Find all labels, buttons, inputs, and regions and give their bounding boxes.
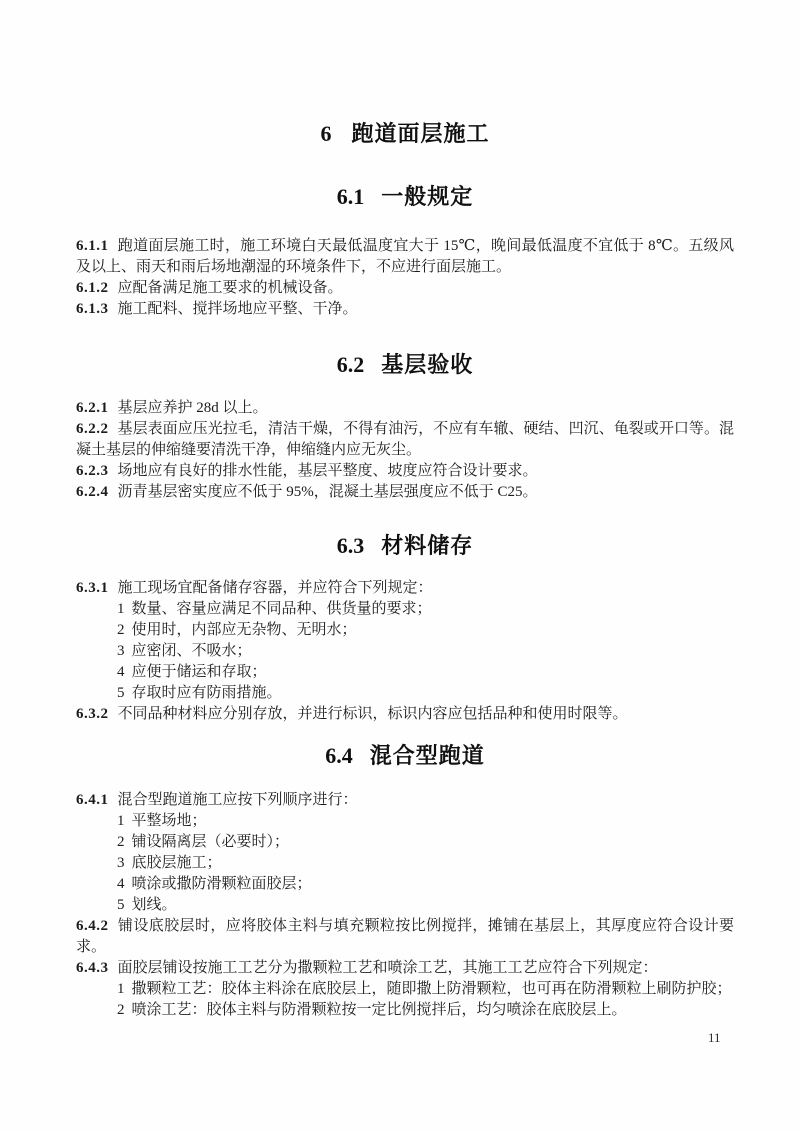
list-item: 2铺设隔离层（必要时）； [76,832,734,853]
section-6-3: 6.3材料储存 6.3.1施工现场宜配备储存容器，并应符合下列规定： 1数量、容… [76,533,734,725]
clause-number: 6.4.2 [76,918,109,934]
list-item: 1撒颗粒工艺：胶体主料涂在底胶层上，随即撒上防滑颗粒，也可再在防滑颗粒上刷防护胶… [76,979,734,1000]
list-item-text: 平整场地； [132,813,207,829]
list-item-number: 5 [117,897,125,913]
list-item: 1平整场地； [76,811,734,832]
clause-text: 铺设底胶层时，应将胶体主料与填充颗粒按比例搅拌，摊铺在基层上，其厚度应符合设计要… [76,918,734,955]
clause-number: 6.2.2 [76,421,109,437]
list-item-number: 4 [117,876,125,892]
clause-6-3-1: 6.3.1施工现场宜配备储存容器，并应符合下列规定： [76,578,734,599]
clause-number: 6.2.1 [76,400,109,416]
chapter-heading: 6跑道面层施工 [76,0,734,148]
list-item-text: 喷涂工艺：胶体主料与防滑颗粒按一定比例搅拌后，均匀喷涂在底胶层上。 [132,1002,627,1018]
list-item-text: 底胶层施工； [132,855,222,871]
list-item-text: 存取时应有防雨措施。 [132,685,282,701]
clause-text: 施工现场宜配备储存容器，并应符合下列规定： [118,580,433,596]
clause-number: 6.1.1 [76,238,109,254]
clause-6-4-3: 6.4.3面胶层铺设按施工工艺分为撒颗粒工艺和喷涂工艺，其施工工艺应符合下列规定… [76,958,734,979]
list-item-number: 1 [117,981,125,997]
list-item-text: 喷涂或撒防滑颗粒面胶层； [132,876,312,892]
section-heading: 6.4混合型跑道 [76,743,734,769]
list-item-number: 3 [117,643,125,659]
section-number: 6.3 [337,533,365,558]
list-item-text: 应便于储运和存取； [132,664,267,680]
section-number: 6.4 [325,743,353,768]
list-item-number: 2 [117,1002,125,1018]
section-clauses: 6.3.1施工现场宜配备储存容器，并应符合下列规定： 1数量、容量应满足不同品种… [76,578,734,725]
clause-text: 跑道面层施工时，施工环境白天最低温度宜大于 15℃，晚间最低温度不宜低于 8℃。… [76,238,734,275]
section-title-text: 一般规定 [381,184,473,209]
clause-6-2-1: 6.2.1基层应养护 28d 以上。 [76,398,734,419]
section-title-text: 混合型跑道 [370,743,485,768]
clause-text: 面胶层铺设按施工工艺分为撒颗粒工艺和喷涂工艺，其施工工艺应符合下列规定： [118,960,658,976]
list-item: 1数量、容量应满足不同品种、供货量的要求； [76,599,734,620]
section-6-1: 6.1一般规定 6.1.1跑道面层施工时，施工环境白天最低温度宜大于 15℃，晚… [76,184,734,320]
section-6-2: 6.2基层验收 6.2.1基层应养护 28d 以上。 6.2.2基层表面应压光拉… [76,352,734,503]
list-item: 3应密闭、不吸水； [76,641,734,662]
list-item-number: 3 [117,855,125,871]
clause-number: 6.3.1 [76,580,109,596]
clause-text: 施工配料、搅拌场地应平整、干净。 [118,301,358,317]
clause-6-4-1: 6.4.1混合型跑道施工应按下列顺序进行： [76,790,734,811]
clause-6-2-2: 6.2.2基层表面应压光拉毛，清洁干燥，不得有油污，不应有车辙、硬结、凹沉、龟裂… [76,419,734,461]
clause-text: 不同品种材料应分别存放，并进行标识，标识内容应包括品种和使用时限等。 [118,706,628,722]
section-heading: 6.3材料储存 [76,533,734,559]
clause-6-1-1: 6.1.1跑道面层施工时，施工环境白天最低温度宜大于 15℃，晚间最低温度不宜低… [76,236,734,278]
clause-6-2-4: 6.2.4沥青基层密实度应不低于 95%，混凝土基层强度应不低于 C25。 [76,482,734,503]
clause-6-1-3: 6.1.3施工配料、搅拌场地应平整、干净。 [76,299,734,320]
clause-text: 基层表面应压光拉毛，清洁干燥，不得有油污，不应有车辙、硬结、凹沉、龟裂或开口等。… [76,421,734,458]
clause-text: 沥青基层密实度应不低于 95%，混凝土基层强度应不低于 C25。 [118,484,538,500]
section-number: 6.1 [337,184,365,209]
clause-number: 6.1.3 [76,301,109,317]
section-clauses: 6.2.1基层应养护 28d 以上。 6.2.2基层表面应压光拉毛，清洁干燥，不… [76,398,734,503]
clause-text: 混合型跑道施工应按下列顺序进行： [118,792,358,808]
clause-6-2-3: 6.2.3场地应有良好的排水性能，基层平整度、坡度应符合设计要求。 [76,461,734,482]
list-item: 5划线。 [76,895,734,916]
list-item-text: 使用时，内部应无杂物、无明水； [132,622,357,638]
section-number: 6.2 [337,352,365,377]
list-item-number: 2 [117,622,125,638]
section-clauses: 6.1.1跑道面层施工时，施工环境白天最低温度宜大于 15℃，晚间最低温度不宜低… [76,236,734,320]
clause-text: 应配备满足施工要求的机械设备。 [118,280,343,296]
list-item: 3底胶层施工； [76,853,734,874]
list-item: 4应便于储运和存取； [76,662,734,683]
list-item: 2喷涂工艺：胶体主料与防滑颗粒按一定比例搅拌后，均匀喷涂在底胶层上。 [76,1000,734,1021]
list-item-text: 铺设隔离层（必要时）； [132,834,290,850]
list-item-text: 划线。 [132,897,177,913]
clause-6-4-2: 6.4.2铺设底胶层时，应将胶体主料与填充颗粒按比例搅拌，摊铺在基层上，其厚度应… [76,916,734,958]
page-content: 6跑道面层施工 6.1一般规定 6.1.1跑道面层施工时，施工环境白天最低温度宜… [76,0,734,1021]
section-6-4: 6.4混合型跑道 6.4.1混合型跑道施工应按下列顺序进行： 1平整场地； 2铺… [76,743,734,1021]
clause-text: 场地应有良好的排水性能，基层平整度、坡度应符合设计要求。 [118,463,538,479]
list-item-number: 1 [117,813,125,829]
list-item-text: 应密闭、不吸水； [132,643,252,659]
clause-number: 6.4.1 [76,792,109,808]
clause-number: 6.2.4 [76,484,109,500]
section-heading: 6.1一般规定 [76,184,734,210]
clause-6-3-2: 6.3.2不同品种材料应分别存放，并进行标识，标识内容应包括品种和使用时限等。 [76,704,734,725]
clause-text: 基层应养护 28d 以上。 [118,400,268,416]
chapter-title-text: 跑道面层施工 [351,121,489,146]
clause-number: 6.3.2 [76,706,109,722]
clause-number: 6.1.2 [76,280,109,296]
list-item-text: 数量、容量应满足不同品种、供货量的要求； [132,601,432,617]
clause-number: 6.2.3 [76,463,109,479]
clause-6-1-2: 6.1.2应配备满足施工要求的机械设备。 [76,278,734,299]
section-title-text: 基层验收 [381,352,473,377]
list-item: 5存取时应有防雨措施。 [76,683,734,704]
list-item: 4喷涂或撒防滑颗粒面胶层； [76,874,734,895]
list-item: 2使用时，内部应无杂物、无明水； [76,620,734,641]
list-item-number: 4 [117,664,125,680]
section-clauses: 6.4.1混合型跑道施工应按下列顺序进行： 1平整场地； 2铺设隔离层（必要时）… [76,790,734,1021]
section-title-text: 材料储存 [381,533,473,558]
list-item-text: 撒颗粒工艺：胶体主料涂在底胶层上，随即撒上防滑颗粒，也可再在防滑颗粒上刷防护胶； [132,981,732,997]
list-item-number: 1 [117,601,125,617]
list-item-number: 5 [117,685,125,701]
section-heading: 6.2基层验收 [76,352,734,378]
document-page: 6跑道面层施工 6.1一般规定 6.1.1跑道面层施工时，施工环境白天最低温度宜… [0,0,800,1131]
page-number: 11 [708,1030,721,1046]
list-item-number: 2 [117,834,125,850]
chapter-number: 6 [320,121,331,146]
clause-number: 6.4.3 [76,960,109,976]
